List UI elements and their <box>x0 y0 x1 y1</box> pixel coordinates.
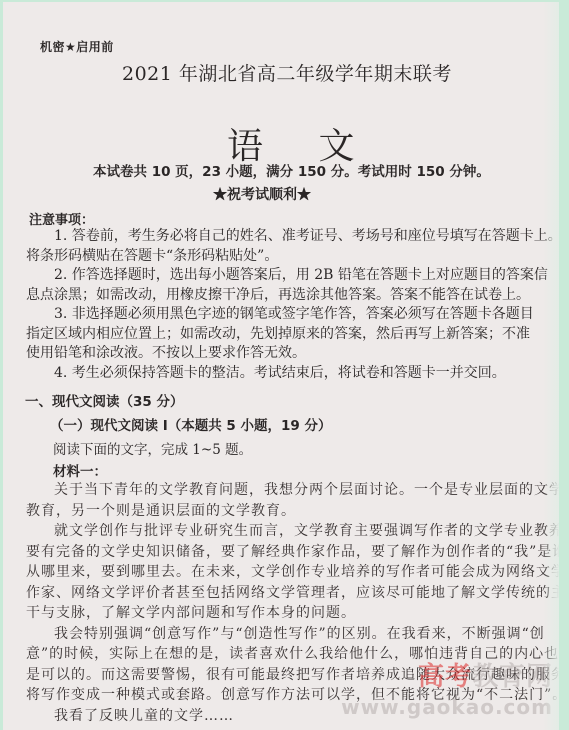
section-title: 一、现代文阅读（35 分） <box>25 390 184 410</box>
p2-line-4: 作家、网络文学评价者甚至包括网络文学管理者，应该尽可能地了解文学传统的主 <box>26 583 526 604</box>
note-4-line-1: 4. 考生必须保持答题卡的整洁。考试结束后，将试卷和答题卡一并交回。 <box>26 364 526 384</box>
exam-page: 机密★启用前 2021 年湖北省高二年级学年期末联考 语 文 本试卷共 10 页… <box>3 2 559 730</box>
p1-line-2: 教育，另一个则是通识层面的文学教育。 <box>26 501 526 522</box>
watermark-red-text: 高考 <box>418 662 472 692</box>
note-2-line-2: 息点涂黑；如需改动，用橡皮擦干净后，再选涂其他答案。答案不能答在试卷上。 <box>26 286 526 306</box>
p3-line-1: 我会特别强调“创意写作”与“创造性写作”的区别。在我看来，不断强调“创 <box>26 624 526 645</box>
subsection-title: （一）现代文阅读 I（本题共 5 小题，19 分） <box>50 414 332 434</box>
reading-instruction: 阅读下面的文字，完成 1~5 题。 <box>53 438 252 458</box>
watermark-text: 教育网 <box>472 662 553 692</box>
note-3-line-3: 使用铅笔和涂改液。不按以上要求作答无效。 <box>26 344 526 364</box>
note-3-line-1: 3. 非选择题必须用黑色字迹的钢笔或签字笔作答，答案必须写在答题卡各题目 <box>26 305 526 325</box>
note-1-line-1: 1. 答卷前，考生务必将自己的姓名、准考证号、考场号和座位号填写在答题卡上。 <box>26 227 526 247</box>
note-3-line-2: 指定区域内相应位置上；如需改动，先划掉原来的答案，然后再写上新答案；不准 <box>26 325 526 345</box>
exam-title: 2021 年湖北省高二年级学年期末联考 <box>122 59 452 86</box>
p2-line-1: 就文学创作与批评专业研究生而言，文学教育主要强调写作者的文学专业教养。 <box>26 521 526 542</box>
material-label: 材料一： <box>53 460 107 480</box>
note-2-line-1: 2. 作答选择题时，选出每小题答案后，用 2B 铅笔在答题卡上对应题目的答案信 <box>26 266 526 286</box>
watermark: 高考教育网 www.gaokao.com <box>341 662 553 722</box>
notes-list: 1. 答卷前，考生务必将自己的姓名、准考证号、考场号和座位号填写在答题卡上。 将… <box>26 227 526 383</box>
watermark-url: www.gaokao.com <box>341 692 553 722</box>
note-1-line-2: 将条形码横贴在答题卡“条形码粘贴处”。 <box>26 247 526 267</box>
p2-line-3: 从哪里来，要到哪里去。在未来，文学创作专业培养的写作者可能会成为网络文学 <box>26 562 526 583</box>
confidential-label: 机密★启用前 <box>40 38 114 55</box>
good-luck-banner: ★祝考试顺利★ <box>213 184 311 204</box>
p2-line-2: 要有完备的文学史知识储备，要了解经典作家作品，要了解作为创作者的“我”是谁， <box>26 542 526 563</box>
p2-line-5: 干与支脉，了解文学内部问题和写作本身的问题。 <box>26 603 526 624</box>
notes-heading: 注意事项： <box>29 209 94 228</box>
exam-info: 本试卷共 10 页，23 小题，满分 150 分。考试用时 150 分钟。 <box>93 160 490 180</box>
p1-line-1: 关于当下青年的文学教育问题，我想分两个层面讨论。一个是专业层面的文学 <box>26 480 526 501</box>
